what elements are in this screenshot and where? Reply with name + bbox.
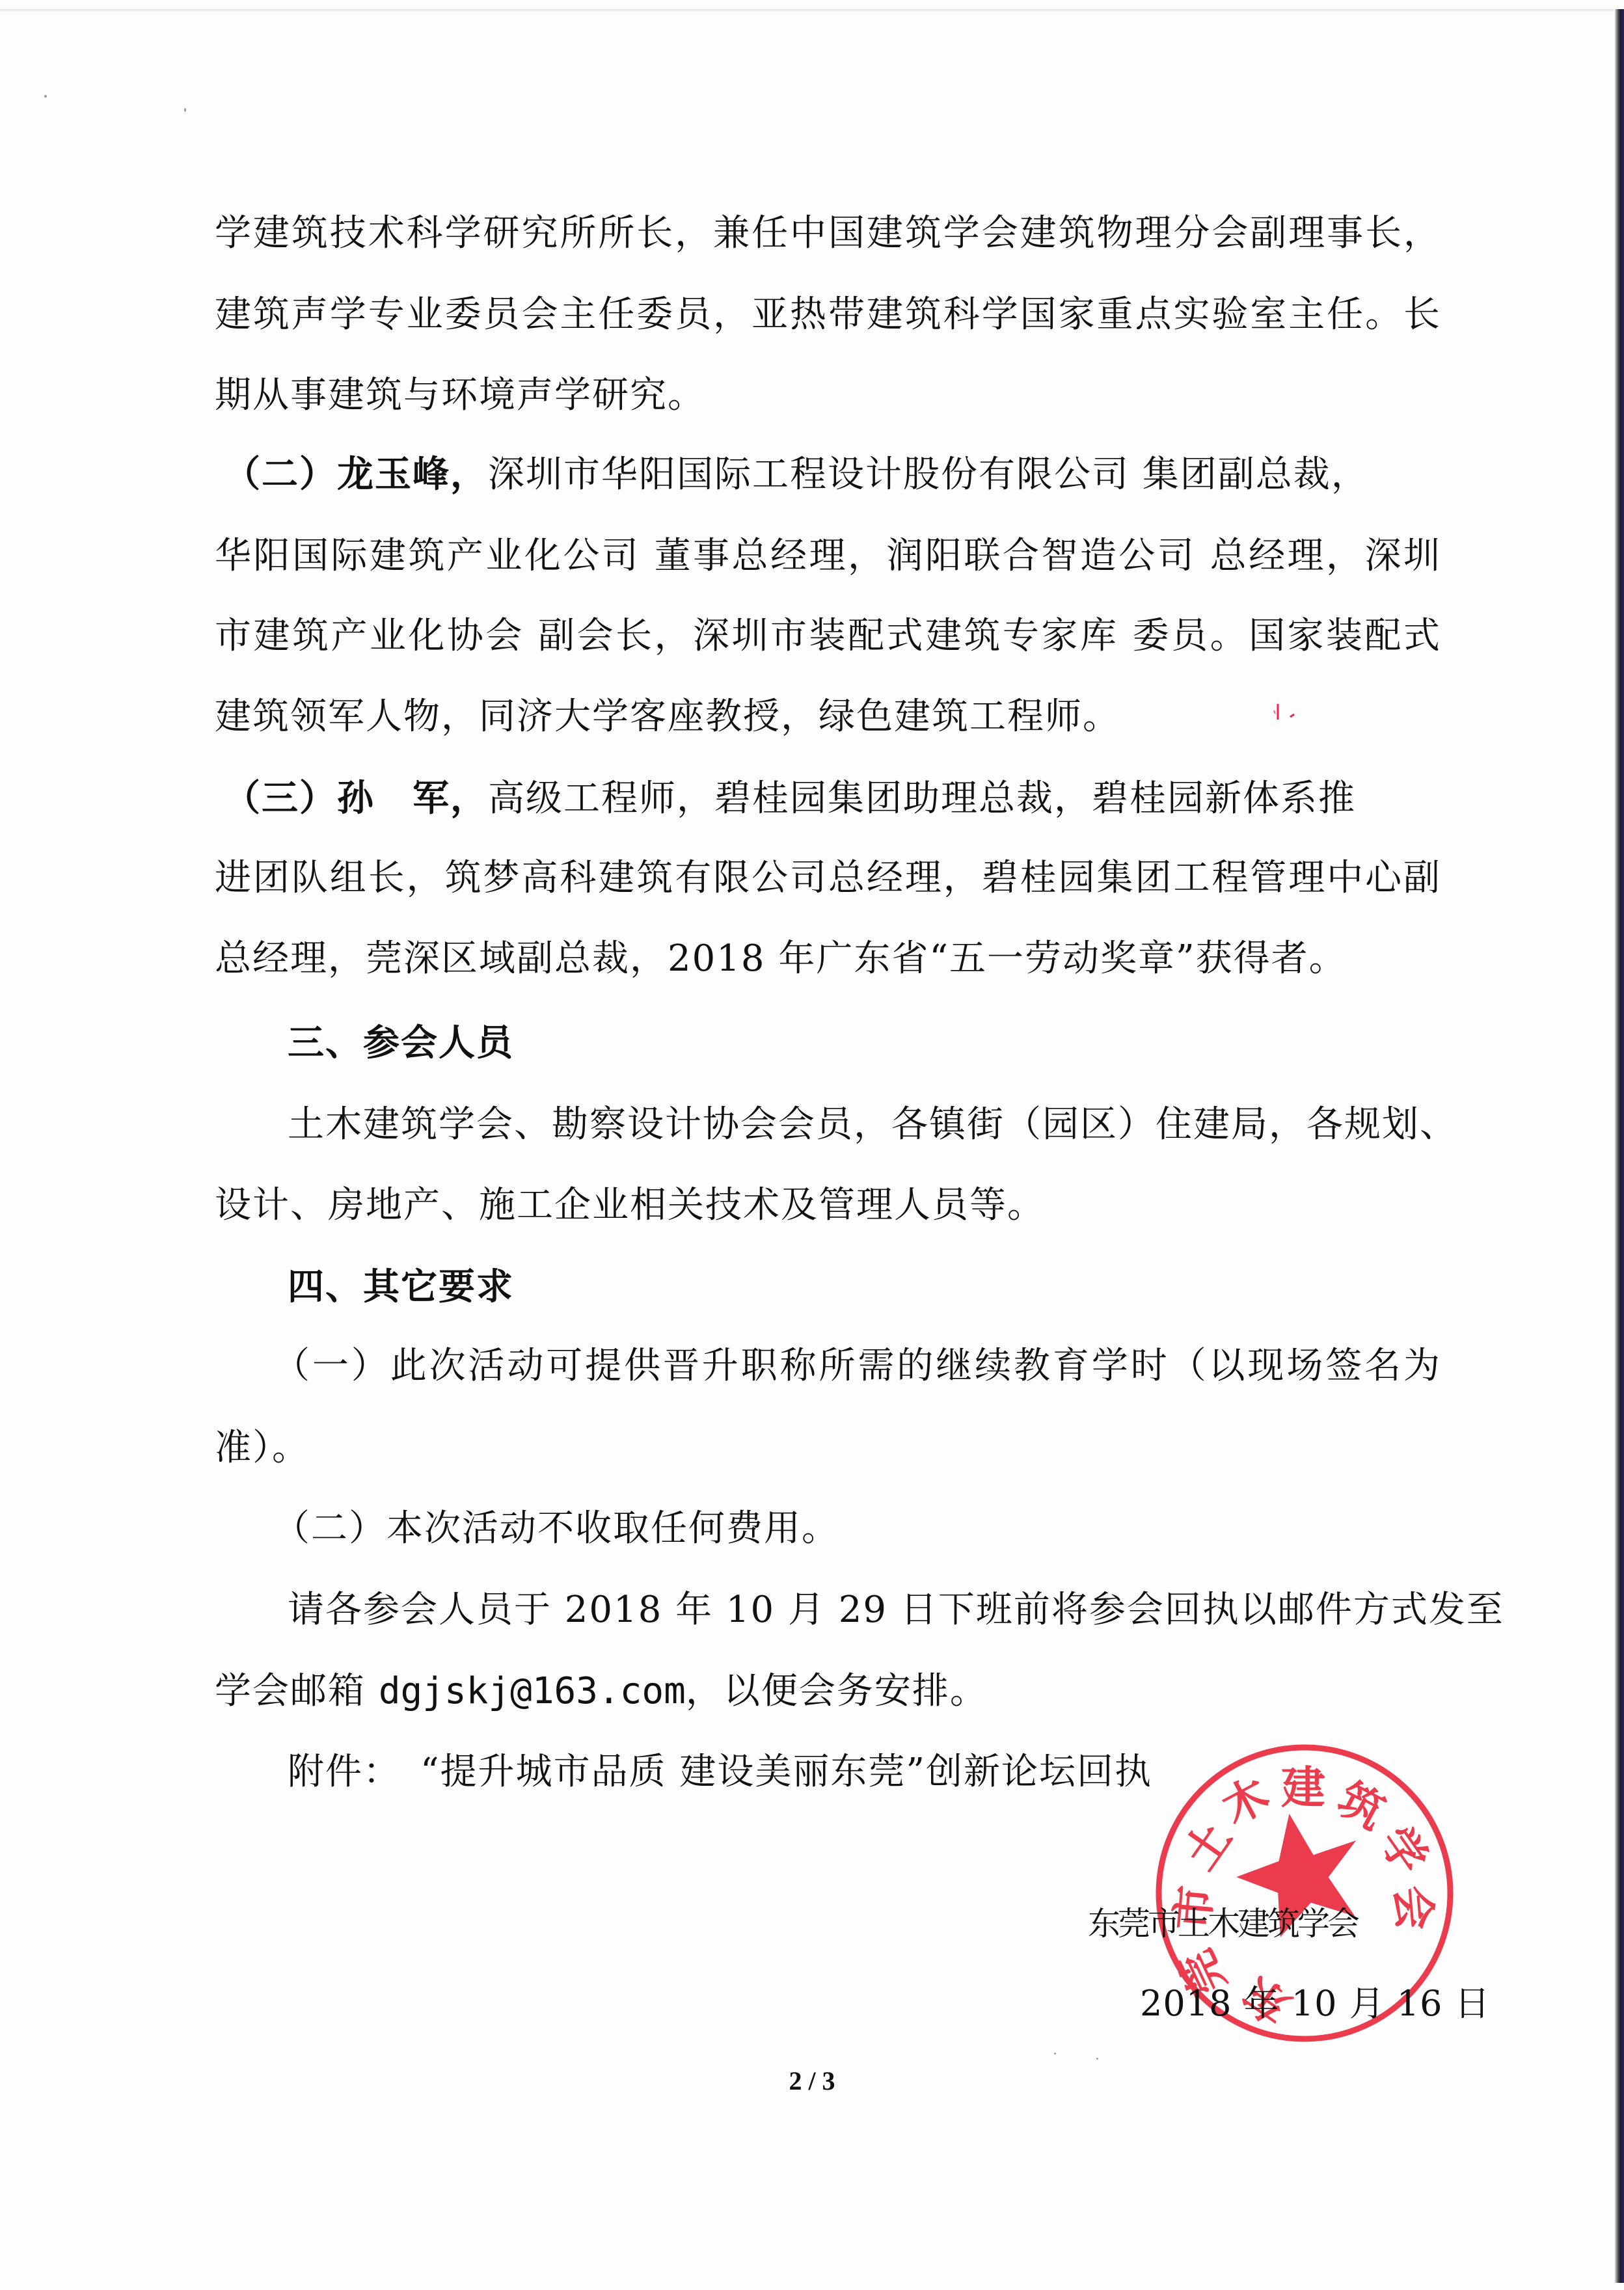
scanned-page: 学建筑技术科学研究所所长，兼任中国建筑学会建筑物理分会副理事长， 建筑声学专业委… — [0, 0, 1624, 2290]
notice-suffix: ，以便会务安排。 — [686, 1670, 988, 1712]
p3-line-1-rest: 高级工程师，碧桂园集团助理总裁，碧桂园新体系推 — [488, 777, 1356, 820]
p3-lead-name: （三）孙 军， — [224, 777, 488, 820]
section-heading-attendees: 三、参会人员 — [215, 1021, 1441, 1066]
p2-lead-name: （二）龙玉峰， — [224, 453, 488, 496]
section4-item2: （二）本次活动不收取任何费用。 — [215, 1506, 1441, 1552]
scan-speck — [1096, 2058, 1098, 2060]
seal-char-6: 建 — [1281, 1763, 1325, 1814]
signature-date: 2018 年 10 月 16 日 — [1140, 1984, 1491, 2023]
red-ink-mark — [1272, 703, 1298, 722]
scan-speck — [1054, 2053, 1056, 2054]
section3-line-2: 设计、房地产、施工企业相关技术及管理人员等。 — [215, 1183, 1441, 1228]
p2-line-3: 市建筑产业化协会 副会长，深圳市装配式建筑专家库 委员。国家装配式 — [215, 613, 1441, 659]
seal-char-9: 会 — [1385, 1883, 1441, 1932]
notice-line-1: 请各参会人员于 2018 年 10 月 29 日下班前将参会回执以邮件方式发至 — [215, 1587, 1441, 1633]
p1-line-1: 学建筑技术科学研究所所长，兼任中国建筑学会建筑物理分会副理事长， — [215, 211, 1441, 256]
signature-organization: 东莞市土木建筑学会 — [1088, 1904, 1357, 1943]
scan-speck — [44, 95, 47, 98]
p1-line-3: 期从事建筑与环境声学研究。 — [215, 373, 1441, 418]
section4-item1-line-2: 准）。 — [215, 1425, 1441, 1471]
contact-email: dgjskj@163.com — [379, 1670, 686, 1712]
p2-line-2: 华阳国际建筑产业化公司 董事总经理，润阳联合智造公司 总经理，深圳 — [215, 533, 1441, 579]
seal-char-5: 木 — [1215, 1769, 1278, 1835]
p3-line-2: 进团队组长，筑梦高科建筑有限公司总经理，碧桂园集团工程管理中心副 — [215, 855, 1441, 901]
notice-prefix: 学会邮箱 — [215, 1670, 379, 1712]
scan-speck — [184, 108, 186, 112]
p3-line-3: 总经理，莞深区域副总裁，2018 年广东省“五一劳动奖章”获得者。 — [215, 936, 1441, 982]
p2-line-1: （二）龙玉峰，深圳市华阳国际工程设计股份有限公司 集团副总裁， — [215, 451, 1441, 497]
section-heading-other-requirements: 四、其它要求 — [215, 1265, 1441, 1310]
section3-line-1: 土木建筑学会、勘察设计协会会员，各镇街（园区）住建局，各规划、 — [215, 1102, 1441, 1148]
seal-char-8: 学 — [1369, 1818, 1437, 1883]
p3-line-1: （三）孙 军，高级工程师，碧桂园集团助理总裁，碧桂园新体系推 — [215, 775, 1441, 821]
p2-line-1-rest: 深圳市华阳国际工程设计股份有限公司 集团副总裁， — [488, 453, 1369, 496]
seal-char-7: 筑 — [1329, 1773, 1392, 1840]
p1-line-2: 建筑声学专业委员会主任委员，亚热带建筑科学国家重点实验室主任。长 — [215, 292, 1441, 338]
scan-top-edge — [0, 9, 1614, 12]
scan-right-edge — [1615, 9, 1624, 2283]
notice-line-2: 学会邮箱 dgjskj@163.com，以便会务安排。 — [215, 1669, 1441, 1714]
page-number: 2 / 3 — [0, 2066, 1624, 2096]
p2-line-4: 建筑领军人物，同济大学客座教授，绿色建筑工程师。 — [215, 694, 1441, 740]
section4-item1-line-1: （一）此次活动可提供晋升职称所需的继续教育学时（以现场签名为 — [215, 1343, 1441, 1389]
